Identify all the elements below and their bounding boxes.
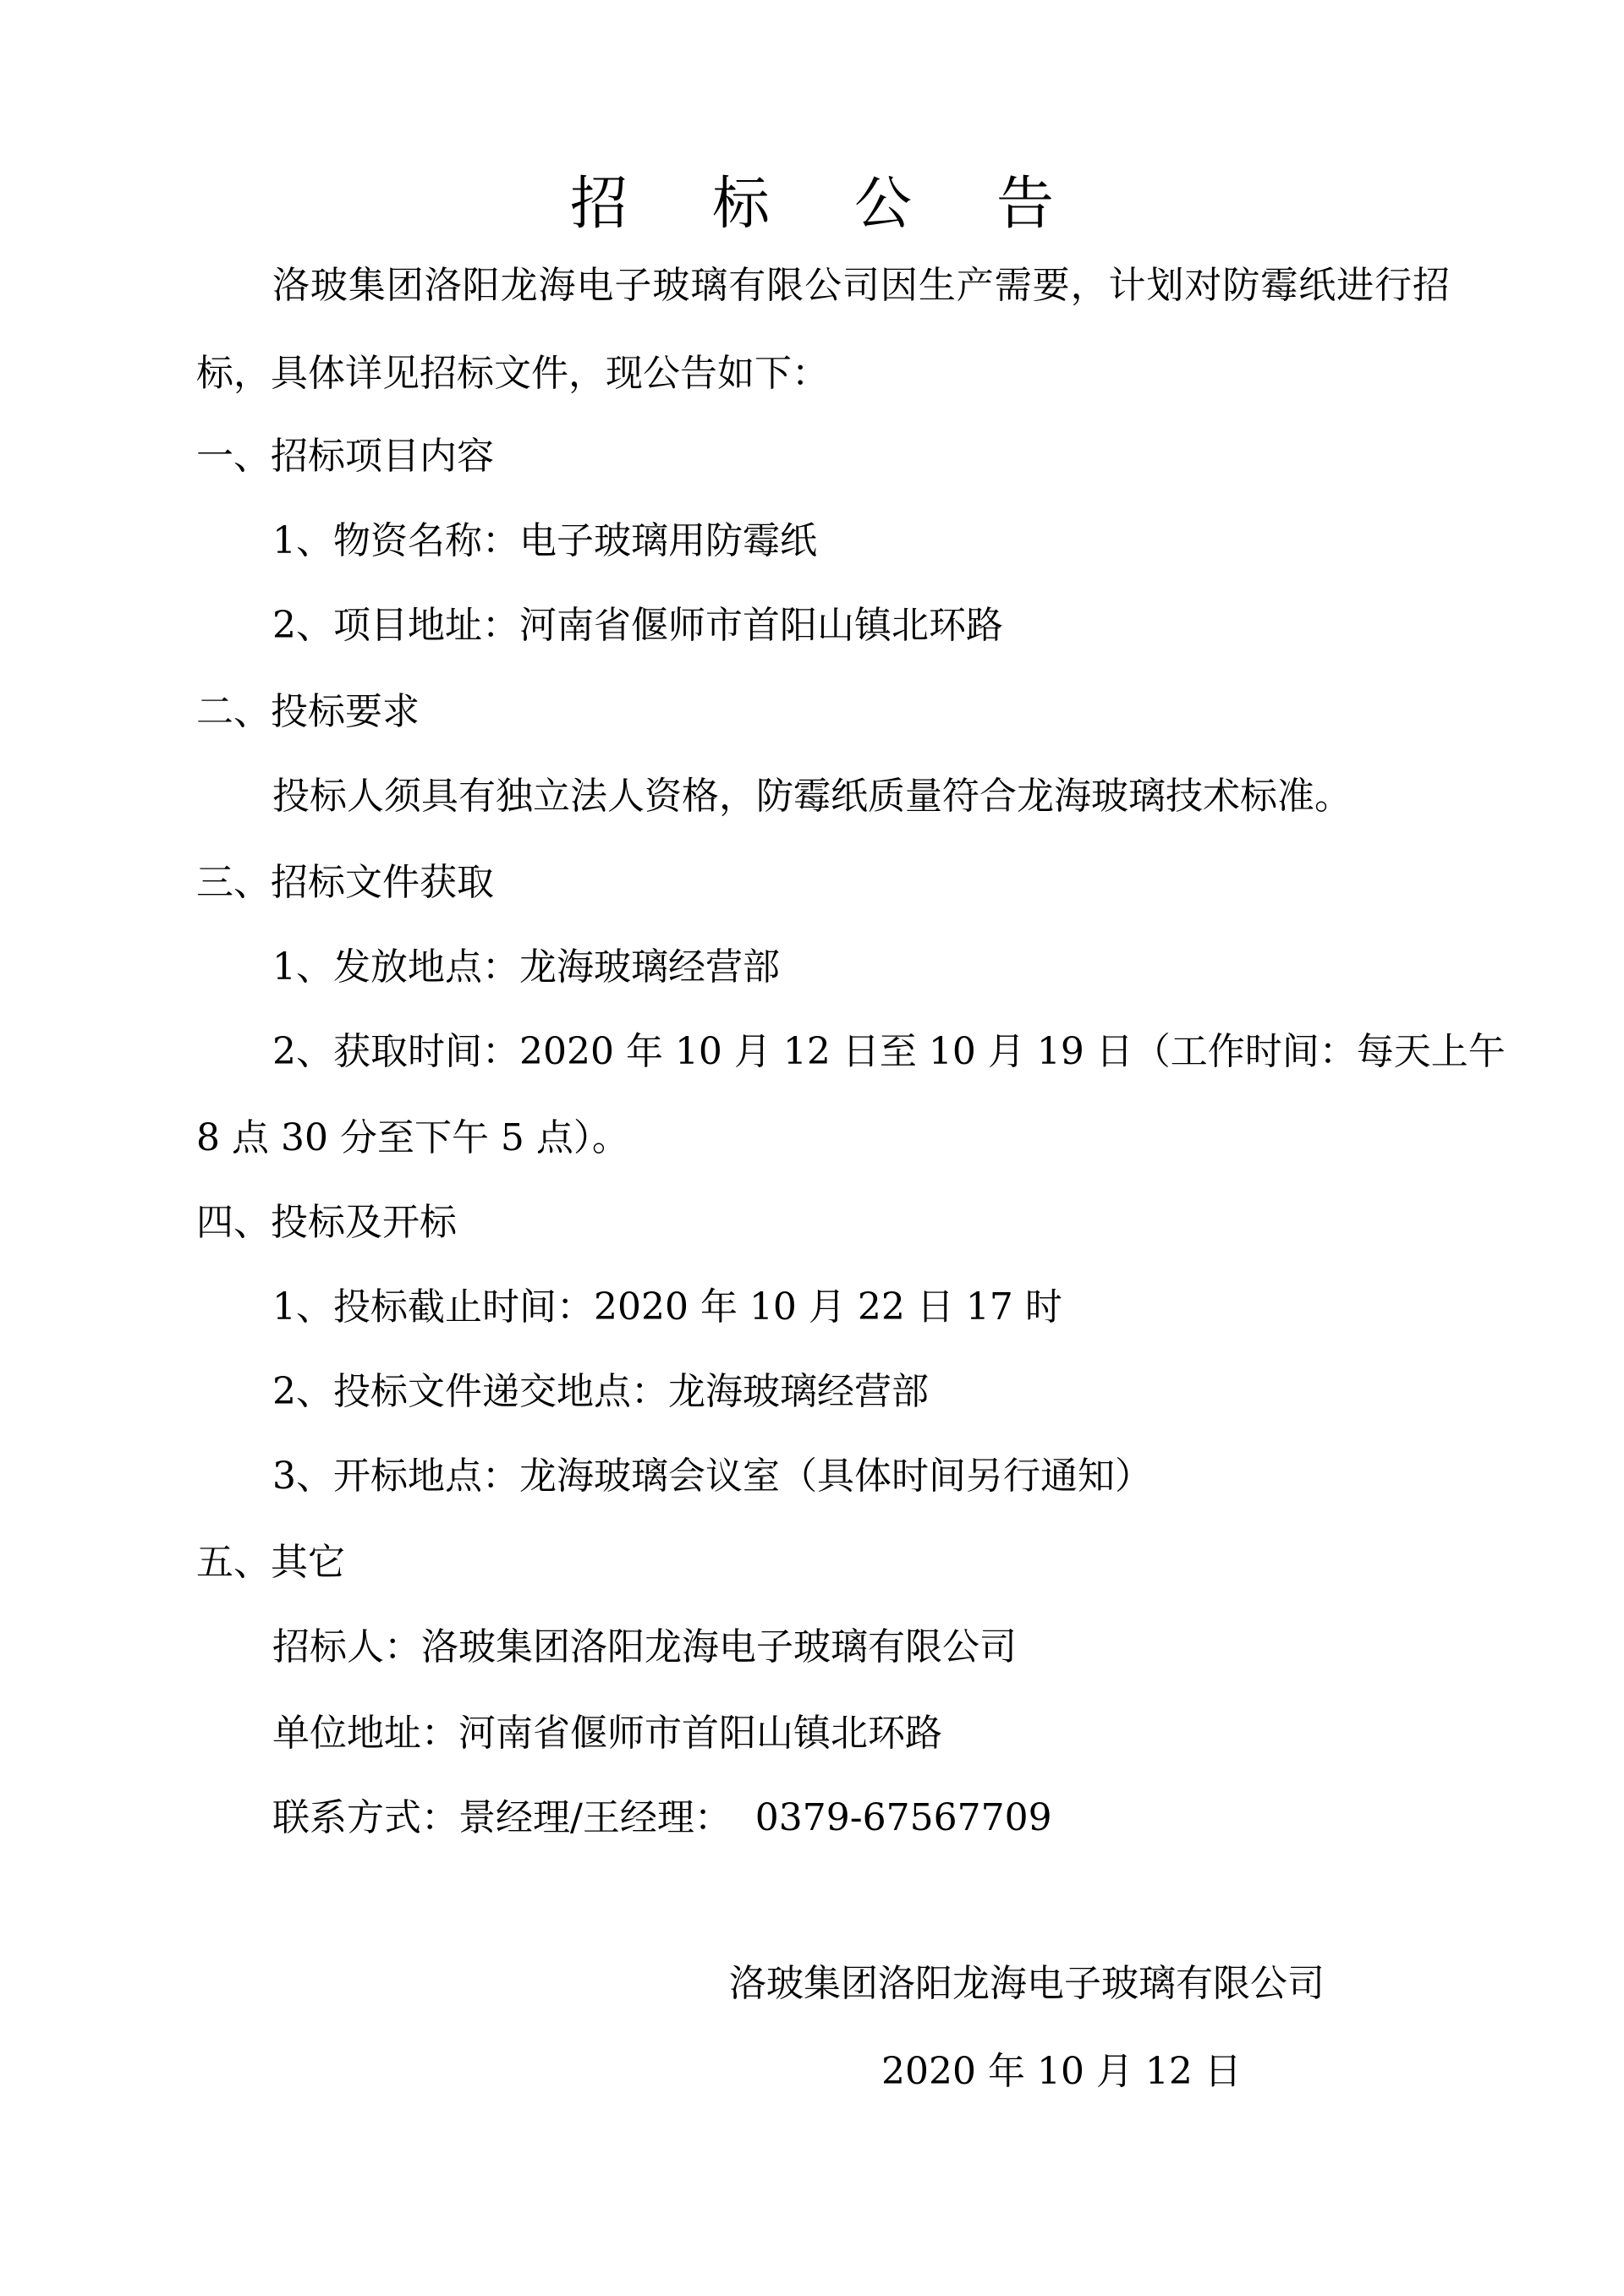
- title-char: 告: [996, 162, 1054, 247]
- section-1-item-2: 2、项目地址：河南省偃师市首阳山镇北环路: [272, 600, 1003, 651]
- section-4-item-1: 1、投标截止时间：2020 年 10 月 22 日 17 时: [272, 1282, 1062, 1333]
- section-heading-4: 四、投标及开标: [196, 1197, 457, 1248]
- title-char: 公: [854, 162, 912, 247]
- title-char: 招: [570, 162, 628, 247]
- section-5-item-2: 单位地址：河南省偃师市首阳山镇北环路: [272, 1708, 942, 1759]
- section-heading-2: 二、投标要求: [196, 687, 420, 737]
- section-3-continuation: 8 点 30 分至下午 5 点）。: [196, 1113, 629, 1164]
- document-page: 招标公告 洛玻集团洛阳龙海电子玻璃有限公司因生产需要，计划对防霉纸进行招 标，具…: [0, 0, 1624, 2296]
- title-char: 标: [712, 162, 770, 247]
- section-5-item-1: 招标人：洛玻集团洛阳龙海电子玻璃有限公司: [272, 1622, 1017, 1673]
- section-4-item-3: 3、开标地点：龙海玻璃会议室（具体时间另行通知）: [272, 1451, 1152, 1502]
- section-heading-5: 五、其它: [196, 1537, 345, 1588]
- intro-line-1: 洛玻集团洛阳龙海电子玻璃有限公司因生产需要，计划对防霉纸进行招: [272, 260, 1450, 311]
- signature-date: 2020 年 10 月 12 日: [881, 2047, 1242, 2097]
- section-heading-3: 三、招标文件获取: [196, 858, 494, 908]
- section-2-item-1: 投标人须具有独立法人资格，防霉纸质量符合龙海玻璃技术标准。: [272, 771, 1352, 822]
- section-heading-1: 一、招标项目内容: [196, 431, 494, 482]
- section-3-item-2: 2、获取时间：2020 年 10 月 12 日至 10 月 19 日（工作时间：…: [272, 1027, 1450, 1077]
- intro-line-2: 标，具体详见招标文件，现公告如下：: [196, 348, 829, 399]
- page-title: 招标公告: [0, 162, 1624, 247]
- signature-company: 洛玻集团洛阳龙海电子玻璃有限公司: [729, 1959, 1325, 2009]
- section-3-item-1: 1、发放地点：龙海玻璃经营部: [272, 942, 780, 993]
- section-1-item-1: 1、物资名称：电子玻璃用防霉纸: [272, 516, 817, 567]
- section-5-item-3: 联系方式：景经理/王经理： 0379-67567709: [272, 1793, 1052, 1844]
- section-4-item-2: 2、投标文件递交地点：龙海玻璃经营部: [272, 1367, 929, 1417]
